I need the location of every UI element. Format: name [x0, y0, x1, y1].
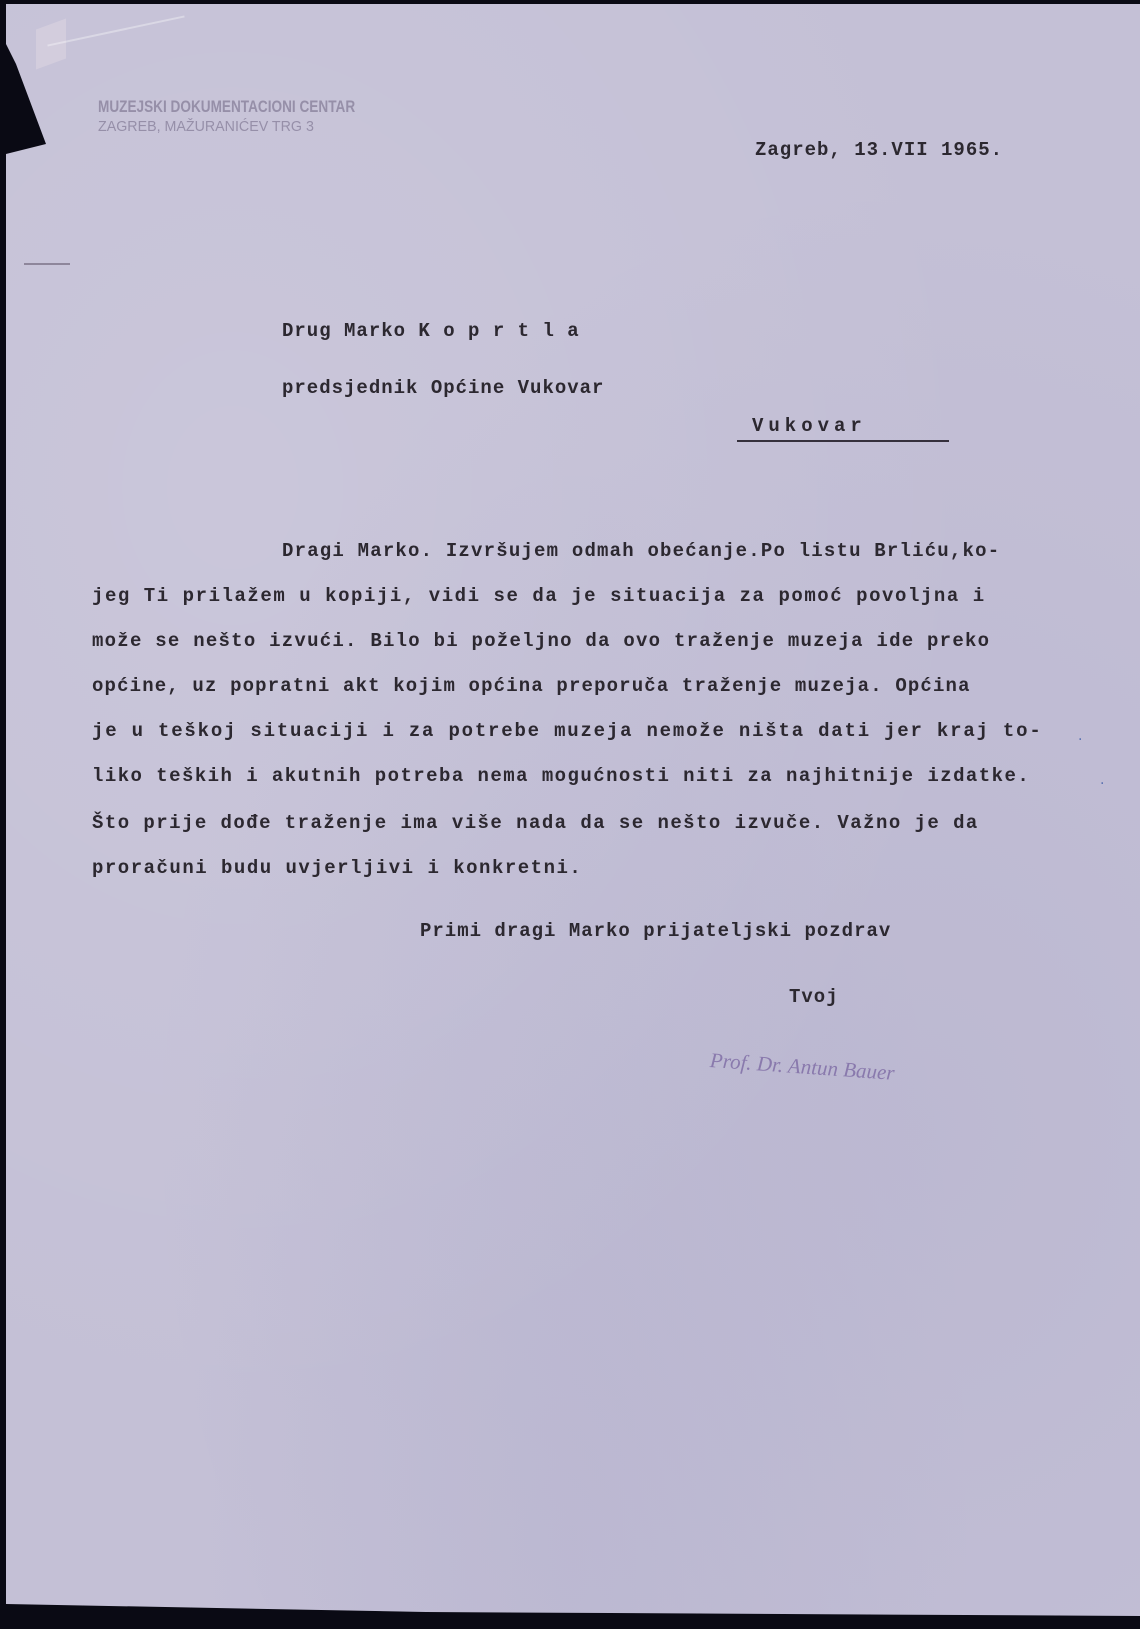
body-line: proračuni budu uvjerljivi i konkretni.: [92, 857, 582, 879]
stamp-line-2: ZAGREB, MAŽURANIĆEV TRG 3: [98, 119, 403, 136]
closing-line: Primi dragi Marko prijateljski pozdrav: [420, 920, 891, 942]
correction-mark: ·: [1078, 732, 1082, 748]
letter-date: Zagreb, 13.VII 1965.: [755, 139, 1003, 161]
body-line: je u teškoj situaciji i za potrebe muzej…: [92, 720, 1043, 742]
body-line: općine, uz popratni akt kojim općina pre…: [92, 675, 971, 697]
letter-page: [6, 4, 1140, 1616]
body-line: Što prije dođe traženje ima više nada da…: [92, 812, 979, 834]
correction-mark: ·: [1100, 776, 1104, 792]
valediction: Tvoj: [789, 986, 839, 1008]
recipient-title: predsjednik Općine Vukovar: [282, 377, 604, 399]
recipient-name: Drug Marko K o p r t l a: [282, 320, 580, 342]
stamp-line-1: MUZEJSKI DOKUMENTACIONI CENTAR: [98, 98, 355, 117]
body-line: liko teških i akutnih potreba nema moguć…: [92, 765, 1030, 787]
body-line: Dragi Marko. Izvršujem odmah obećanje.Po…: [282, 540, 1000, 562]
institution-stamp: MUZEJSKI DOKUMENTACIONI CENTAR ZAGREB, M…: [98, 98, 419, 135]
paper-crease: [47, 15, 184, 46]
margin-mark: [24, 263, 70, 265]
body-line: jeg Ti prilažem u kopiji, vidi se da je …: [92, 585, 986, 607]
city-underline: [737, 440, 949, 442]
recipient-city: Vukovar: [752, 415, 867, 437]
body-line: može se nešto izvući. Bilo bi poželjno d…: [92, 630, 990, 652]
